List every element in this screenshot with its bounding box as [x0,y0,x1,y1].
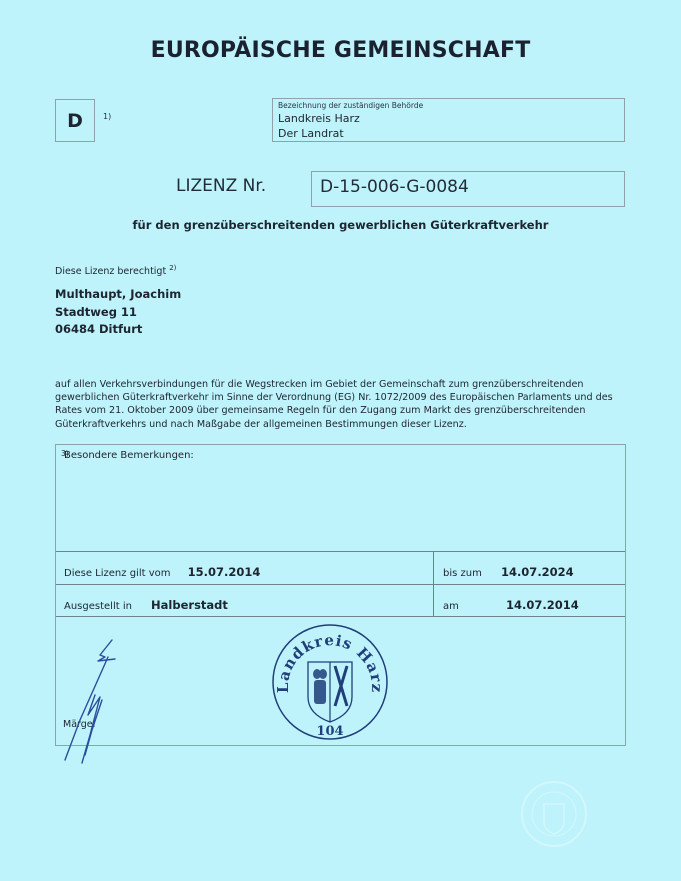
issued-place-row: Ausgestellt in Halberstadt [64,594,228,613]
license-holder: Multhaupt, Joachim Stadtweg 11 06484 Dit… [55,286,181,339]
authority-label: Bezeichnung der zuständigen Behörde [278,101,619,111]
document-title: EUROPÄISCHE GEMEINSCHAFT [0,38,681,63]
country-code-box: D [55,99,95,142]
divider [56,584,625,585]
country-footnote: 1) [103,112,111,121]
valid-to-value: 14.07.2024 [501,565,574,579]
holder-intro-text: Diese Lizenz berechtigt [55,266,166,277]
embossed-seal-icon [518,778,590,850]
holder-intro: Diese Lizenz berechtigt 2) [55,264,176,277]
valid-from-value: 15.07.2014 [188,565,261,579]
country-code: D [67,110,83,132]
license-label: LIZENZ Nr. [176,176,266,196]
divider [56,551,625,552]
signature-icon [60,635,170,765]
remarks-label: Besondere Bemerkungen: [64,450,194,461]
valid-from-row: Diese Lizenz gilt vom 15.07.2014 [64,561,260,580]
authority-name: Landkreis Harz [278,111,619,126]
authority-box: Bezeichnung der zuständigen Behörde Land… [272,98,625,142]
issued-date-label: am [443,601,459,612]
holder-footnote: 2) [169,264,176,272]
holder-name: Multhaupt, Joachim [55,286,181,304]
valid-to-row: bis zum 14.07.2024 [443,561,574,580]
issued-place-value: Halberstadt [151,598,228,612]
document-subtitle: für den grenzüberschreitenden gewerblich… [0,218,681,232]
legal-paragraph: auf allen Verkehrsverbindungen für die W… [55,378,630,431]
official-seal-icon: Landkreis Harz 104 [270,622,390,742]
issued-date-value: 14.07.2014 [506,598,579,612]
valid-from-label: Diese Lizenz gilt vom [64,568,170,579]
authority-office: Der Landrat [278,126,619,141]
holder-city: 06484 Ditfurt [55,321,181,339]
divider [56,616,625,617]
holder-street: Stadtweg 11 [55,304,181,322]
divider [433,551,434,616]
seal-number: 104 [316,724,343,739]
issued-date-row: am 14.07.2014 [443,594,579,613]
license-number: D-15-006-G-0084 [320,177,469,197]
issued-place-label: Ausgestellt in [64,601,132,612]
valid-to-label: bis zum [443,568,482,579]
license-number-box: D-15-006-G-0084 [311,171,625,207]
signature-footnote: 3) [61,449,69,458]
